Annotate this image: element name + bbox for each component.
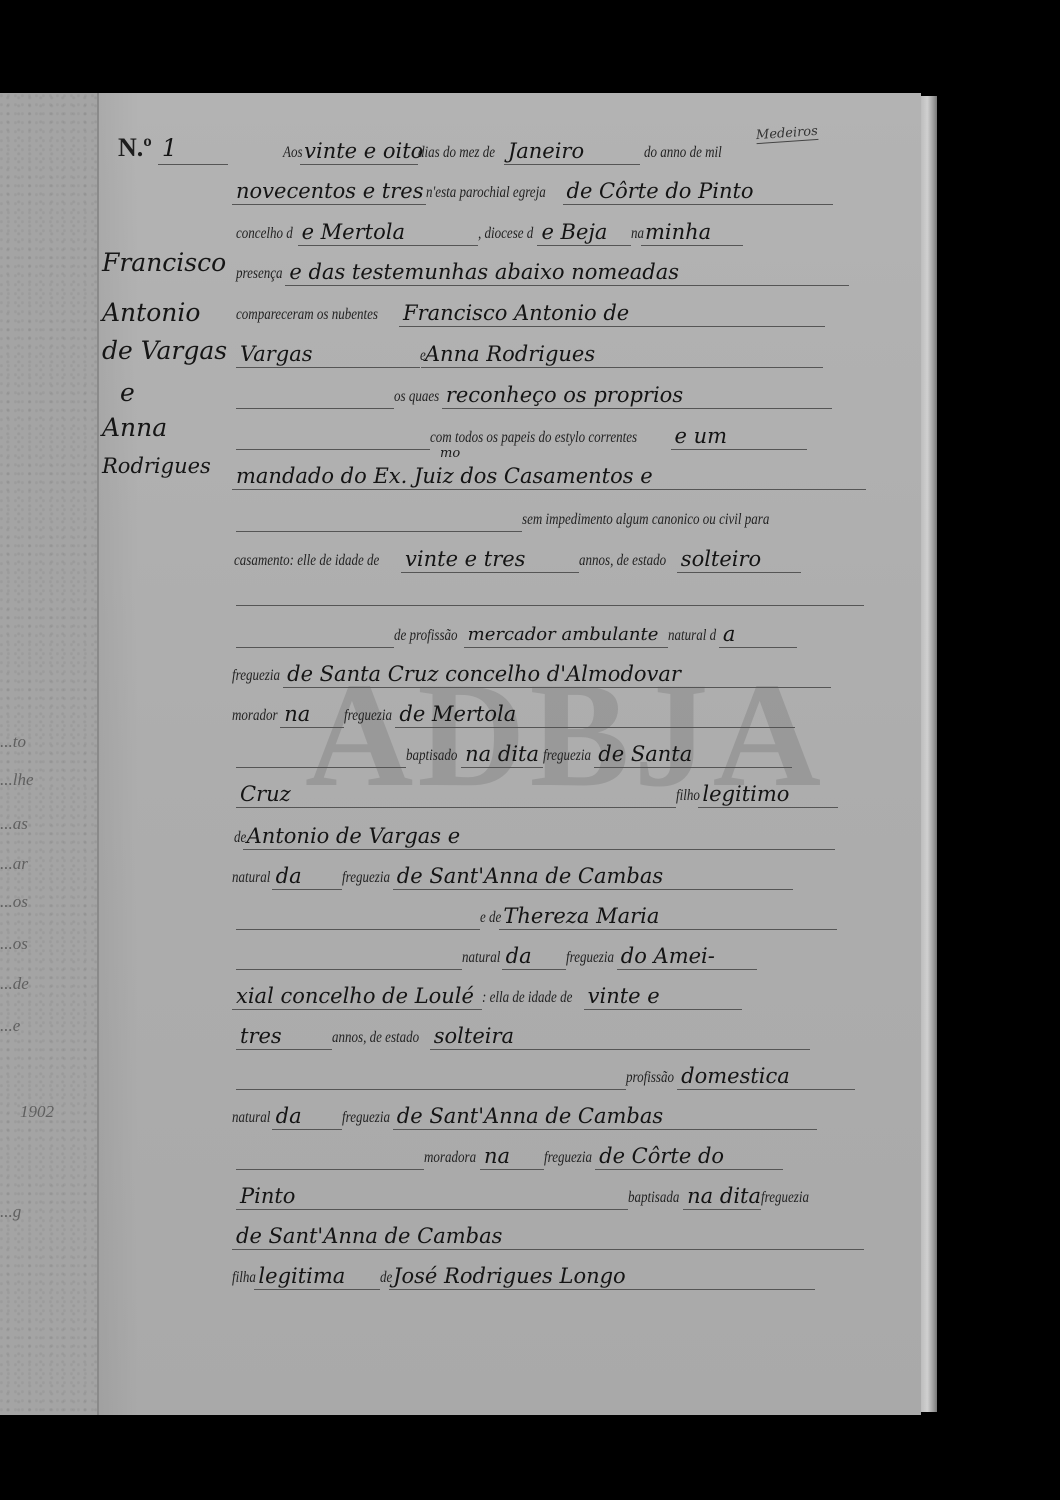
groom-profession-field: mercador ambulante <box>464 625 668 648</box>
bride-father-field: José Rodrigues Longo <box>389 1264 815 1290</box>
parish-church-field: de Côrte do Pinto <box>563 179 833 205</box>
printed-text: de profissão <box>394 627 458 648</box>
groom-mother-field: Thereza Maria <box>499 904 837 930</box>
register-line-9: mandado do Ex. Juiz dos Casamentos e <box>232 460 866 490</box>
groom-age-field: vinte e tres <box>401 547 579 573</box>
groom-baptism-parish-field: de Santa <box>594 742 792 768</box>
register-line-11: casamento: elle de idade de vinte e tres… <box>234 543 801 573</box>
margin-bride-first: Anna <box>102 415 167 440</box>
bride-name-field: Anna Rodrigues <box>421 342 823 368</box>
groom-status-field: solteiro <box>677 547 801 573</box>
documents-field: e um <box>671 424 807 450</box>
register-line-15: morador na freguezia de Mertola <box>232 698 795 728</box>
witnesses-field: e das testemunhas abaixo nomeadas <box>285 260 849 286</box>
register-line-26: moradora na freguezia de Côrte do <box>236 1140 783 1170</box>
bride-residence-cont-field: Pinto <box>236 1184 628 1210</box>
register-line-2: novecentos e tres n'esta parochial egrej… <box>232 175 833 205</box>
printed-text: , diocese d <box>478 225 533 246</box>
margin-groom-first: Francisco <box>102 250 226 275</box>
page-edge <box>921 96 937 1412</box>
groom-origin-parish-field: de Santa Cruz concelho d'Almodovar <box>283 662 831 688</box>
groom-residence-field: de Mertola <box>395 702 795 728</box>
blank-field <box>236 948 462 970</box>
groom-legitimacy-field: legitimo <box>698 782 838 808</box>
register-line-14: freguezia de Santa Cruz concelho d'Almod… <box>232 658 831 688</box>
register-line-7: os quaes reconheço os proprios <box>236 379 832 409</box>
register-line-5: compareceram os nubentes Francisco Anton… <box>236 297 825 327</box>
register-line-6: Vargas e Anna Rodrigues <box>236 338 823 368</box>
printed-text: morador <box>232 707 278 728</box>
printed-text: do anno de mil <box>644 144 722 165</box>
printed-text: freguezia <box>342 1109 390 1130</box>
printed-text: n'esta parochial egreja <box>426 184 546 205</box>
year-field: novecentos e tres <box>232 179 426 205</box>
printed-text: profissão <box>626 1069 674 1090</box>
bride-profession-field: domestica <box>677 1064 855 1090</box>
groom-mother-origin-field: do Amei- <box>617 944 757 970</box>
left-page-fragment: ...g <box>0 1203 90 1220</box>
register-line-10: sem impedimento algum canonico ou civil … <box>236 502 810 532</box>
register-line-23: tres annos, de estado solteira <box>236 1020 810 1050</box>
groom-baptism-article-field: na dita <box>461 742 543 768</box>
blank-field <box>236 908 480 930</box>
printed-text: os quaes <box>394 388 439 409</box>
blank-field <box>236 428 430 450</box>
printed-text: presença <box>236 265 283 286</box>
bride-residence-article-field: na <box>480 1144 544 1170</box>
printed-text: freguezia <box>544 1149 592 1170</box>
blank-field <box>236 387 394 409</box>
groom-origin-article-field: a <box>719 622 797 648</box>
printed-text: annos, de estado <box>332 1029 419 1050</box>
blank-field <box>236 510 522 532</box>
register-line-4: presença e das testemunhas abaixo nomead… <box>236 256 849 286</box>
register-line-13: de profissão mercador ambulante natural … <box>236 618 797 648</box>
printed-text: : ella de idade de <box>482 989 572 1010</box>
printed-text: baptisado <box>406 747 457 768</box>
register-line-18: de Antonio de Vargas e <box>234 820 835 850</box>
left-facing-page: ...to ...lhe ...as ...ar ...os ...os ...… <box>0 93 99 1415</box>
register-line-17: Cruz filho legitimo <box>236 778 838 808</box>
printed-text: freguezia <box>566 949 614 970</box>
entry-number: 1 <box>158 135 228 165</box>
groom-father-field: Antonio de Vargas e <box>243 824 835 850</box>
left-page-year: 1902 <box>20 1103 110 1120</box>
bride-age-field: vinte e <box>584 984 742 1010</box>
printed-text: sem impedimento algum canonico ou civil … <box>522 511 769 532</box>
groom-baptism-parish-cont-field: Cruz <box>236 782 676 808</box>
printed-text: freguezia <box>342 869 390 890</box>
register-line-25: natural da freguezia de Sant'Anna de Cam… <box>232 1100 817 1130</box>
groom-mother-article-field: da <box>502 944 566 970</box>
presence-field: minha <box>641 220 743 246</box>
bride-origin-article-field: da <box>272 1104 342 1130</box>
register-line-8: com todos os papeis do estylo correntes … <box>236 420 807 450</box>
printed-text: freguezia <box>232 667 280 688</box>
blank-field <box>236 584 864 606</box>
printed-text: dias do mez de <box>418 144 495 165</box>
superscript-exmo: mo <box>440 446 460 461</box>
printed-text: casamento: elle de idade de <box>234 552 379 573</box>
bride-legitimacy-field: legitima <box>254 1264 380 1290</box>
left-page-fragment: ...os <box>0 893 90 910</box>
printed-text: freguezia <box>344 707 392 728</box>
entry-number-label: N.º <box>118 133 152 165</box>
left-page-fragment: ...de <box>0 975 90 992</box>
blank-field <box>236 746 406 768</box>
groom-surname-field: Vargas <box>236 342 420 368</box>
left-page-fragment: ...lhe <box>0 771 90 788</box>
register-line-20: e de Thereza Maria <box>236 900 837 930</box>
printed-text: annos, de estado <box>579 552 666 573</box>
blank-field <box>236 1148 424 1170</box>
register-line-1: N.º 1 Aos vinte e oito dias do mez de Ja… <box>118 135 730 165</box>
register-line-29: filha legitima de José Rodrigues Longo <box>232 1260 815 1290</box>
bride-baptism-parish-field: de Sant'Anna de Cambas <box>232 1224 864 1250</box>
printed-text: baptisada <box>628 1189 679 1210</box>
printed-text: natural <box>232 869 270 890</box>
groom-name-field: Francisco Antonio de <box>399 301 825 327</box>
month-field: Janeiro <box>504 139 640 165</box>
groom-mother-origin-cont-field: xial concelho de Loulé <box>232 984 482 1010</box>
recognition-field: reconheço os proprios <box>442 383 832 409</box>
printed-text: filho <box>676 787 700 808</box>
bride-status-field: solteira <box>430 1024 810 1050</box>
printed-text: e de <box>480 909 501 930</box>
diocese-field: e Beja <box>537 220 631 246</box>
bride-age-cont-field: tres <box>236 1024 332 1050</box>
groom-father-article-field: da <box>272 864 342 890</box>
printed-text: freguezia <box>761 1189 809 1210</box>
margin-groom-last: de Vargas <box>102 338 227 363</box>
left-page-fragment: ...ar <box>0 855 90 872</box>
mandate-field: mandado do Ex. Juiz dos Casamentos e <box>232 464 866 490</box>
register-line-3: concelho d e Mertola , diocese d e Beja … <box>236 216 743 246</box>
register-line-16: baptisado na dita freguezia de Santa <box>236 738 792 768</box>
bride-baptism-article-field: na dita <box>683 1184 761 1210</box>
bride-residence-field: de Côrte do <box>595 1144 783 1170</box>
printed-text: freguezia <box>543 747 591 768</box>
printed-text: compareceram os nubentes <box>236 306 378 327</box>
printed-text: moradora <box>424 1149 476 1170</box>
day-field: vinte e oito <box>300 139 418 165</box>
left-page-fragment: ...os <box>0 935 90 952</box>
register-line-24: profissão domestica <box>236 1060 855 1090</box>
groom-father-origin-field: de Sant'Anna de Cambas <box>393 864 793 890</box>
blank-field <box>236 1068 626 1090</box>
printed-text: concelho d <box>236 225 293 246</box>
municipality-field: e Mertola <box>298 220 478 246</box>
printed-text: com todos os papeis do estylo correntes <box>430 429 637 450</box>
left-page-fragment: ...as <box>0 815 90 832</box>
printed-text: natural <box>232 1109 270 1130</box>
blank-field <box>236 626 394 648</box>
printed-text: natural d <box>668 627 716 648</box>
register-line-21: natural da freguezia do Amei- <box>236 940 757 970</box>
left-page-fragment: ...to <box>0 733 90 750</box>
register-line-27: Pinto baptisada na dita freguezia <box>236 1180 812 1210</box>
printed-text: natural <box>462 949 500 970</box>
left-page-fragment: ...e <box>0 1017 90 1034</box>
bride-origin-parish-field: de Sant'Anna de Cambas <box>393 1104 817 1130</box>
printed-text: filha <box>232 1269 256 1290</box>
register-line-12 <box>236 576 864 606</box>
margin-bride-last: Rodrigues <box>102 456 211 477</box>
margin-conjunction: e <box>120 380 135 405</box>
margin-groom-middle: Antonio <box>102 300 200 325</box>
register-line-28: de Sant'Anna de Cambas <box>232 1220 864 1250</box>
register-line-19: natural da freguezia de Sant'Anna de Cam… <box>232 860 793 890</box>
groom-residence-article-field: na <box>280 702 344 728</box>
register-line-22: xial concelho de Loulé : ella de idade d… <box>232 980 742 1010</box>
